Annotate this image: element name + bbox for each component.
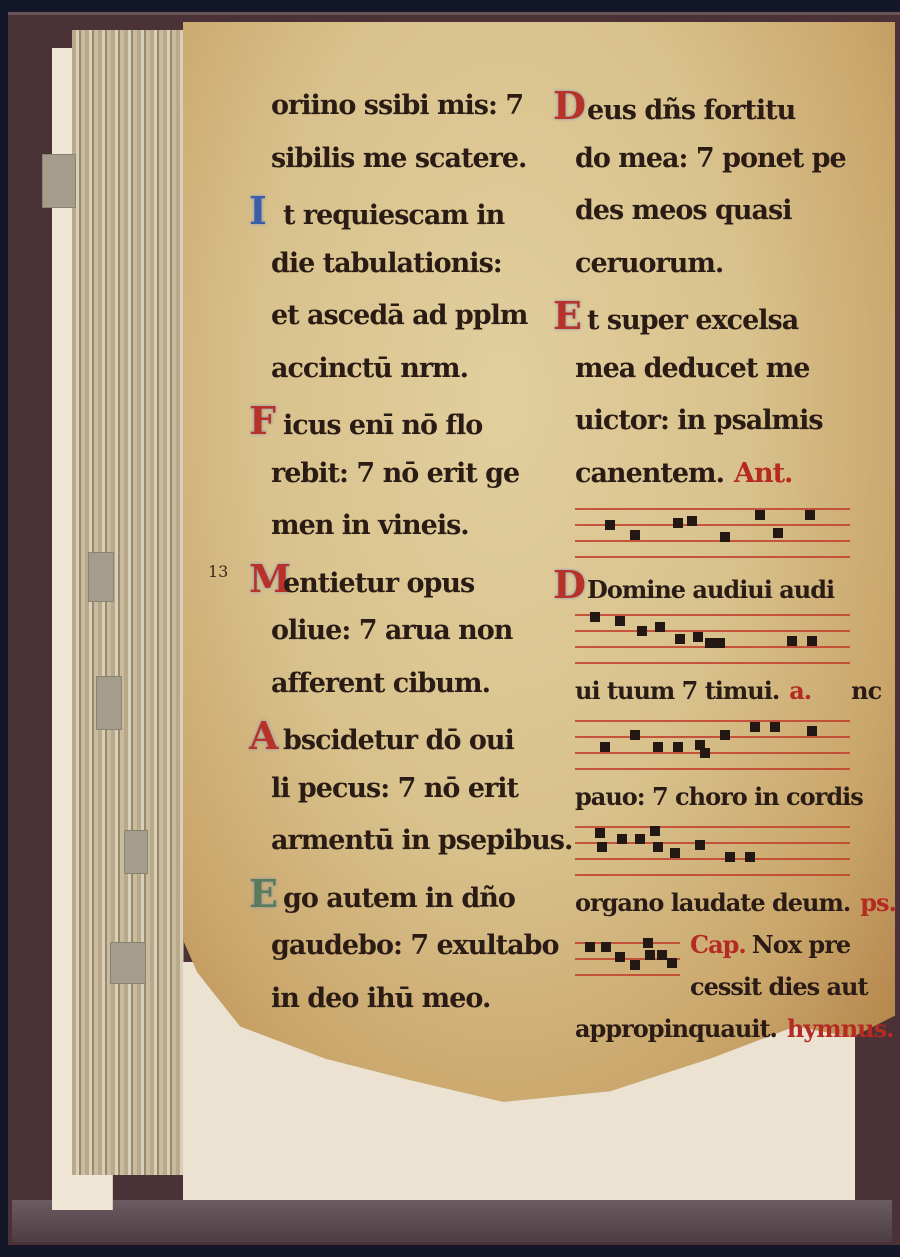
script-text: go autem in dño xyxy=(283,883,515,914)
square-neume xyxy=(595,828,605,838)
text-line: ui tuum 7 timui.a.nc xyxy=(575,670,850,712)
rubric-red: ps. xyxy=(860,888,896,917)
square-neume xyxy=(750,722,760,732)
square-neume xyxy=(597,842,607,852)
text-line: des meos quasi xyxy=(575,185,850,238)
script-text: ui tuum 7 timui. xyxy=(575,676,779,705)
square-neume xyxy=(770,722,780,732)
text-line: mea deducet me xyxy=(575,343,850,396)
square-neume xyxy=(667,958,677,968)
page-tab[interactable] xyxy=(124,830,148,874)
staff-line xyxy=(575,768,850,770)
square-neume xyxy=(630,530,640,540)
text-line: pauo: 7 choro in cordis xyxy=(575,776,850,818)
text-line: li pecus: 7 nō erit xyxy=(271,763,541,816)
square-neume xyxy=(643,938,653,948)
square-neume xyxy=(773,528,783,538)
square-neume xyxy=(637,626,647,636)
square-neume xyxy=(807,636,817,646)
page-tab[interactable] xyxy=(110,942,146,984)
staff-line xyxy=(575,826,850,828)
music-staff xyxy=(575,714,850,774)
script-text: uictor: in psalmis xyxy=(575,405,823,436)
staff-line xyxy=(575,630,850,632)
decorated-initial: A xyxy=(249,710,283,763)
staff-line xyxy=(575,540,850,542)
square-neume xyxy=(653,842,663,852)
page-tab[interactable] xyxy=(42,154,76,208)
square-neume xyxy=(687,516,697,526)
rubric-red: Cap. xyxy=(690,930,746,959)
staff-line xyxy=(575,720,850,722)
square-neume xyxy=(645,950,655,960)
square-neume xyxy=(745,852,755,862)
script-text: Nox pre xyxy=(752,930,850,959)
text-line: gaudebo: 7 exultabo xyxy=(271,920,541,973)
text-line: ceruorum. xyxy=(575,238,850,291)
square-neume xyxy=(615,952,625,962)
square-neume xyxy=(590,612,600,622)
script-text: bscidetur dō oui xyxy=(283,725,514,756)
text-column-right: Deus dñs fortitudo mea: 7 ponet pedes me… xyxy=(575,80,850,1050)
square-neume xyxy=(805,510,815,520)
decorated-initial: I xyxy=(249,185,283,238)
staff-line xyxy=(575,752,850,754)
script-text: des meos quasi xyxy=(575,195,791,226)
decorated-initial: F xyxy=(249,395,283,448)
staff-line xyxy=(575,662,850,664)
script-text: armentū in psepibus. xyxy=(271,825,572,856)
script-text: Domine audiui audi xyxy=(587,575,834,604)
script-text: entietur opus xyxy=(283,568,474,599)
square-neume xyxy=(700,748,710,758)
text-line: do mea: 7 ponet pe xyxy=(575,133,850,186)
decorated-initial: E xyxy=(553,290,587,343)
script-text: organo laudate deum. xyxy=(575,888,850,917)
rubric-red: hymnus. xyxy=(787,1014,894,1043)
square-neume xyxy=(585,942,595,952)
text-line: die tabulationis: xyxy=(271,238,541,291)
script-text: afferent cibum. xyxy=(271,668,490,699)
decorated-initial: E xyxy=(249,868,283,921)
script-text: nc xyxy=(851,676,881,705)
square-neume xyxy=(715,638,725,648)
script-text: li pecus: 7 nō erit xyxy=(271,773,518,804)
staff-line xyxy=(575,556,850,558)
text-line: cessit dies aut xyxy=(690,966,850,1008)
square-neume xyxy=(705,638,715,648)
music-staff xyxy=(575,608,850,668)
text-line: Ego autem in dño xyxy=(271,868,541,921)
capitulum-block: Cap.Nox precessit dies aut xyxy=(575,924,850,1008)
square-neume xyxy=(657,950,667,960)
decorated-initial: M xyxy=(249,553,283,606)
music-staff xyxy=(575,820,850,880)
staff-line xyxy=(575,524,850,526)
square-neume xyxy=(675,634,685,644)
square-neume xyxy=(605,520,615,530)
script-text: t requiescam in xyxy=(283,200,504,231)
text-line: Abscidetur dō oui xyxy=(271,710,541,763)
square-neume xyxy=(720,532,730,542)
music-staff xyxy=(575,936,680,976)
script-text: rebit: 7 nō erit ge xyxy=(271,458,519,489)
staff-line xyxy=(575,858,850,860)
staff-line xyxy=(575,874,850,876)
text-line: canentem.Ant. xyxy=(575,448,850,501)
script-text: t super excelsa xyxy=(587,305,798,336)
text-line: Cap.Nox pre xyxy=(690,924,850,966)
script-text: oliue: 7 arua non xyxy=(271,615,512,646)
script-text: mea deducet me xyxy=(575,353,809,384)
text-line: oliue: 7 arua non xyxy=(271,605,541,658)
script-text: sibilis me scatere. xyxy=(271,143,526,174)
manuscript-leaf: 13 oriino ssibi mis: 7sibilis me scatere… xyxy=(183,22,895,1197)
script-text: do mea: 7 ponet pe xyxy=(575,143,846,174)
square-neume xyxy=(653,742,663,752)
square-neume xyxy=(725,852,735,862)
text-line: in deo ihū meo. xyxy=(271,973,541,1026)
square-neume xyxy=(655,622,665,632)
text-line: Et super excelsa xyxy=(575,290,850,343)
script-text: men in vineis. xyxy=(271,510,469,541)
page-tab[interactable] xyxy=(96,676,122,730)
text-line: oriino ssibi mis: 7 xyxy=(271,80,541,133)
staff-line xyxy=(575,974,680,976)
script-text: oriino ssibi mis: 7 xyxy=(271,90,523,121)
square-neume xyxy=(615,616,625,626)
script-text: canentem. xyxy=(575,458,724,489)
square-neume xyxy=(635,834,645,844)
decorated-initial: D xyxy=(553,80,587,133)
text-line: accinctū nrm. xyxy=(271,343,541,396)
script-text: icus enī nō flo xyxy=(283,410,482,441)
text-line: afferent cibum. xyxy=(271,658,541,711)
text-line: uictor: in psalmis xyxy=(575,395,850,448)
script-text: ceruorum. xyxy=(575,248,723,279)
script-text: appropinquauit. xyxy=(575,1014,777,1043)
square-neume xyxy=(670,848,680,858)
square-neume xyxy=(673,518,683,528)
text-line: It requiescam in xyxy=(271,185,541,238)
script-text: cessit dies aut xyxy=(690,972,868,1001)
square-neume xyxy=(630,960,640,970)
rubric-red: a. xyxy=(789,676,811,705)
rubric-red: Ant. xyxy=(734,458,792,489)
text-line: rebit: 7 nō erit ge xyxy=(271,448,541,501)
script-text: et ascedā ad pplm xyxy=(271,300,528,331)
folio-number: 13 xyxy=(208,562,228,581)
square-neume xyxy=(617,834,627,844)
binding-lower-board xyxy=(12,1200,892,1242)
text-line: organo laudate deum.ps. xyxy=(575,882,850,924)
square-neume xyxy=(787,636,797,646)
square-neume xyxy=(601,942,611,952)
square-neume xyxy=(695,840,705,850)
text-line: Deus dñs fortitu xyxy=(575,80,850,133)
script-text: accinctū nrm. xyxy=(271,353,468,384)
square-neume xyxy=(600,742,610,752)
square-neume xyxy=(720,730,730,740)
square-neume xyxy=(807,726,817,736)
script-text: die tabulationis: xyxy=(271,248,502,279)
script-text: gaudebo: 7 exultabo xyxy=(271,930,559,961)
script-text: pauo: 7 choro in cordis xyxy=(575,782,863,811)
text-line: Mentietur opus xyxy=(271,553,541,606)
music-staff xyxy=(575,502,850,562)
square-neume xyxy=(630,730,640,740)
text-line: appropinquauit.hymnus. xyxy=(575,1008,850,1050)
script-text: in deo ihū meo. xyxy=(271,983,490,1014)
text-line: men in vineis. xyxy=(271,500,541,553)
text-line: armentū in psepibus. xyxy=(271,815,541,868)
decorated-initial: D xyxy=(553,564,587,606)
staff-line xyxy=(575,736,850,738)
text-line: Ficus enī nō flo xyxy=(271,395,541,448)
fore-edge-leaf-stack xyxy=(72,30,184,1175)
square-neume xyxy=(673,742,683,752)
square-neume xyxy=(650,826,660,836)
text-column-left: oriino ssibi mis: 7sibilis me scatere.It… xyxy=(271,80,541,1025)
text-line: et ascedā ad pplm xyxy=(271,290,541,343)
text-line: sibilis me scatere. xyxy=(271,133,541,186)
square-neume xyxy=(693,632,703,642)
script-text: eus dñs fortitu xyxy=(587,95,795,126)
text-line: DDomine audiui audi xyxy=(575,564,850,606)
square-neume xyxy=(755,510,765,520)
page-tab[interactable] xyxy=(88,552,114,602)
